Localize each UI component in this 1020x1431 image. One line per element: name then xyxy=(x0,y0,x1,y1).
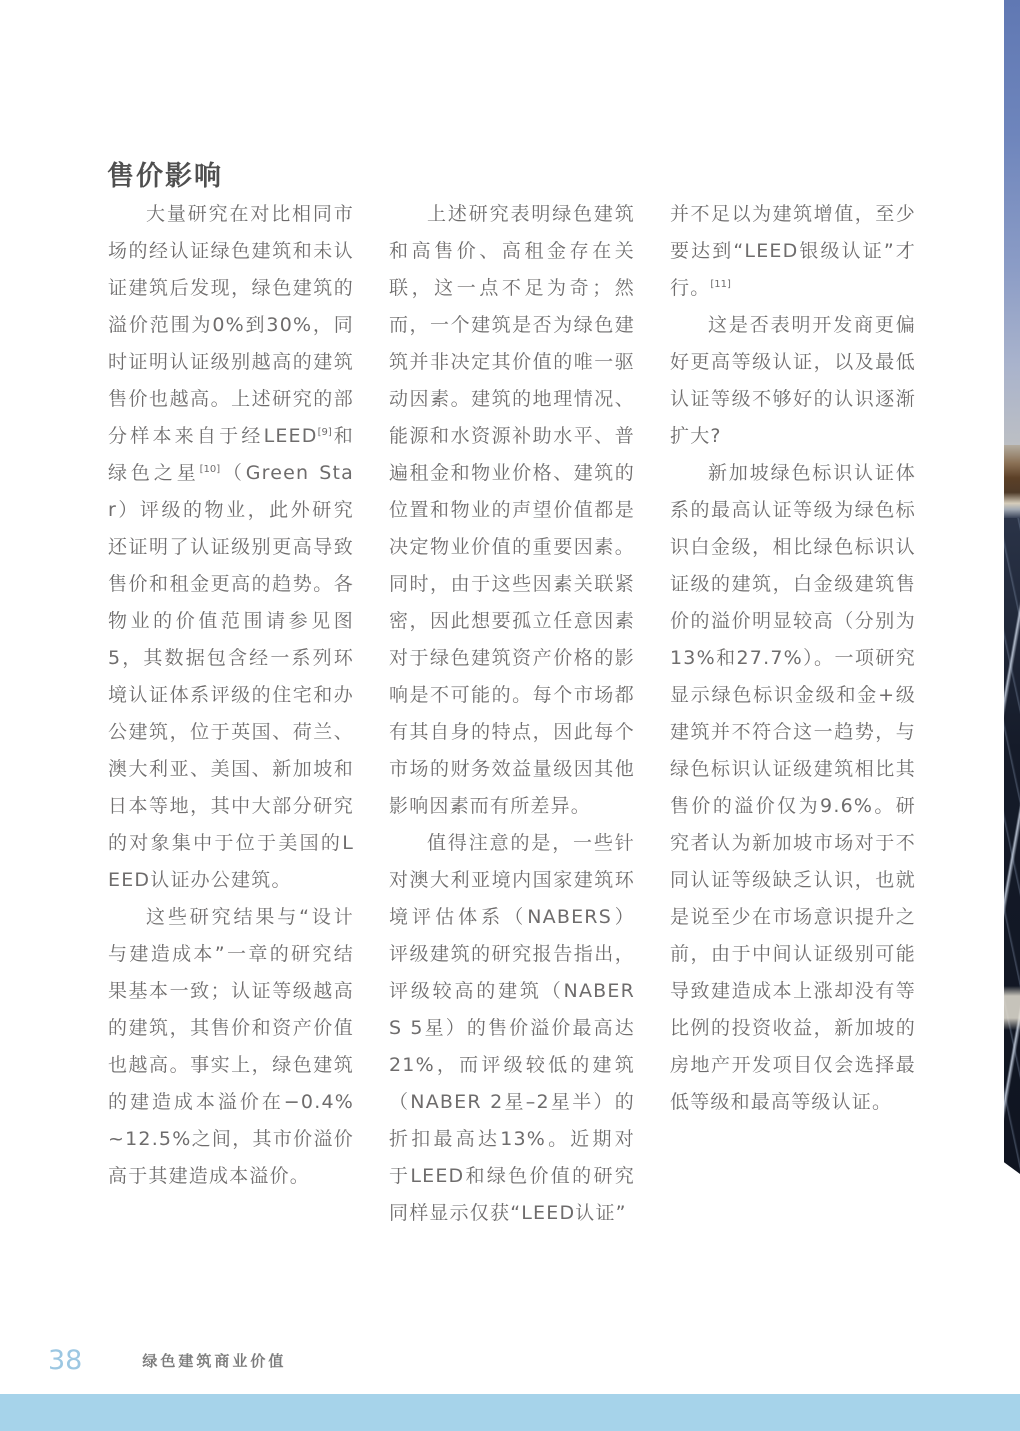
photo-treeline-horizon-segment xyxy=(1004,445,1020,518)
document-page: 售价影响 大量研究在对比相同市场的经认证绿色建筑和未认证建筑后发现，绿色建筑的溢… xyxy=(0,0,1020,1431)
paragraph: 值得注意的是，一些针对澳大利亚境内国家建筑环境评估体系（NABERS）评级建筑的… xyxy=(389,825,635,1232)
citation-superscript: [10] xyxy=(200,464,221,475)
footer-color-bar xyxy=(0,1394,1020,1431)
photo-solar-panel-array-segment xyxy=(1004,518,1020,1174)
text-column-3: 并不足以为建筑增值，至少要达到“LEED银级认证”才行。[11]这是否表明开发商… xyxy=(670,196,916,1232)
citation-superscript: [11] xyxy=(710,279,731,290)
page-title: 售价影响 xyxy=(107,154,223,193)
paragraph: 大量研究在对比相同市场的经认证绿色建筑和未认证建筑后发现，绿色建筑的溢价范围为0… xyxy=(108,196,354,899)
footer: 38 绿色建筑商业价值 xyxy=(48,1340,286,1380)
body-columns: 大量研究在对比相同市场的经认证绿色建筑和未认证建筑后发现，绿色建筑的溢价范围为0… xyxy=(108,196,916,1232)
solar-panels-sky-photo xyxy=(1004,0,1020,1174)
paragraph: 上述研究表明绿色建筑和高售价、高租金存在关联，这一点不足为奇；然而，一个建筑是否… xyxy=(389,196,635,825)
paragraph: 并不足以为建筑增值，至少要达到“LEED银级认证”才行。[11] xyxy=(670,196,916,307)
footer-running-title: 绿色建筑商业价值 xyxy=(142,1350,286,1371)
paragraph: 新加坡绿色标识认证体系的最高认证等级为绿色标识白金级，相比绿色标识认证级的建筑，… xyxy=(670,455,916,1121)
text-column-1: 大量研究在对比相同市场的经认证绿色建筑和未认证建筑后发现，绿色建筑的溢价范围为0… xyxy=(108,196,354,1232)
text-column-2: 上述研究表明绿色建筑和高售价、高租金存在关联，这一点不足为奇；然而，一个建筑是否… xyxy=(389,196,635,1232)
paragraph: 这是否表明开发商更偏好更高等级认证，以及最低认证等级不够好的认识逐渐扩大? xyxy=(670,307,916,455)
citation-superscript: [9] xyxy=(318,427,332,438)
photo-sky-segment xyxy=(1004,0,1020,445)
paragraph: 这些研究结果与“设计与建造成本”一章的研究结果基本一致；认证等级越高的建筑，其售… xyxy=(108,899,354,1195)
page-number: 38 xyxy=(48,1345,82,1376)
